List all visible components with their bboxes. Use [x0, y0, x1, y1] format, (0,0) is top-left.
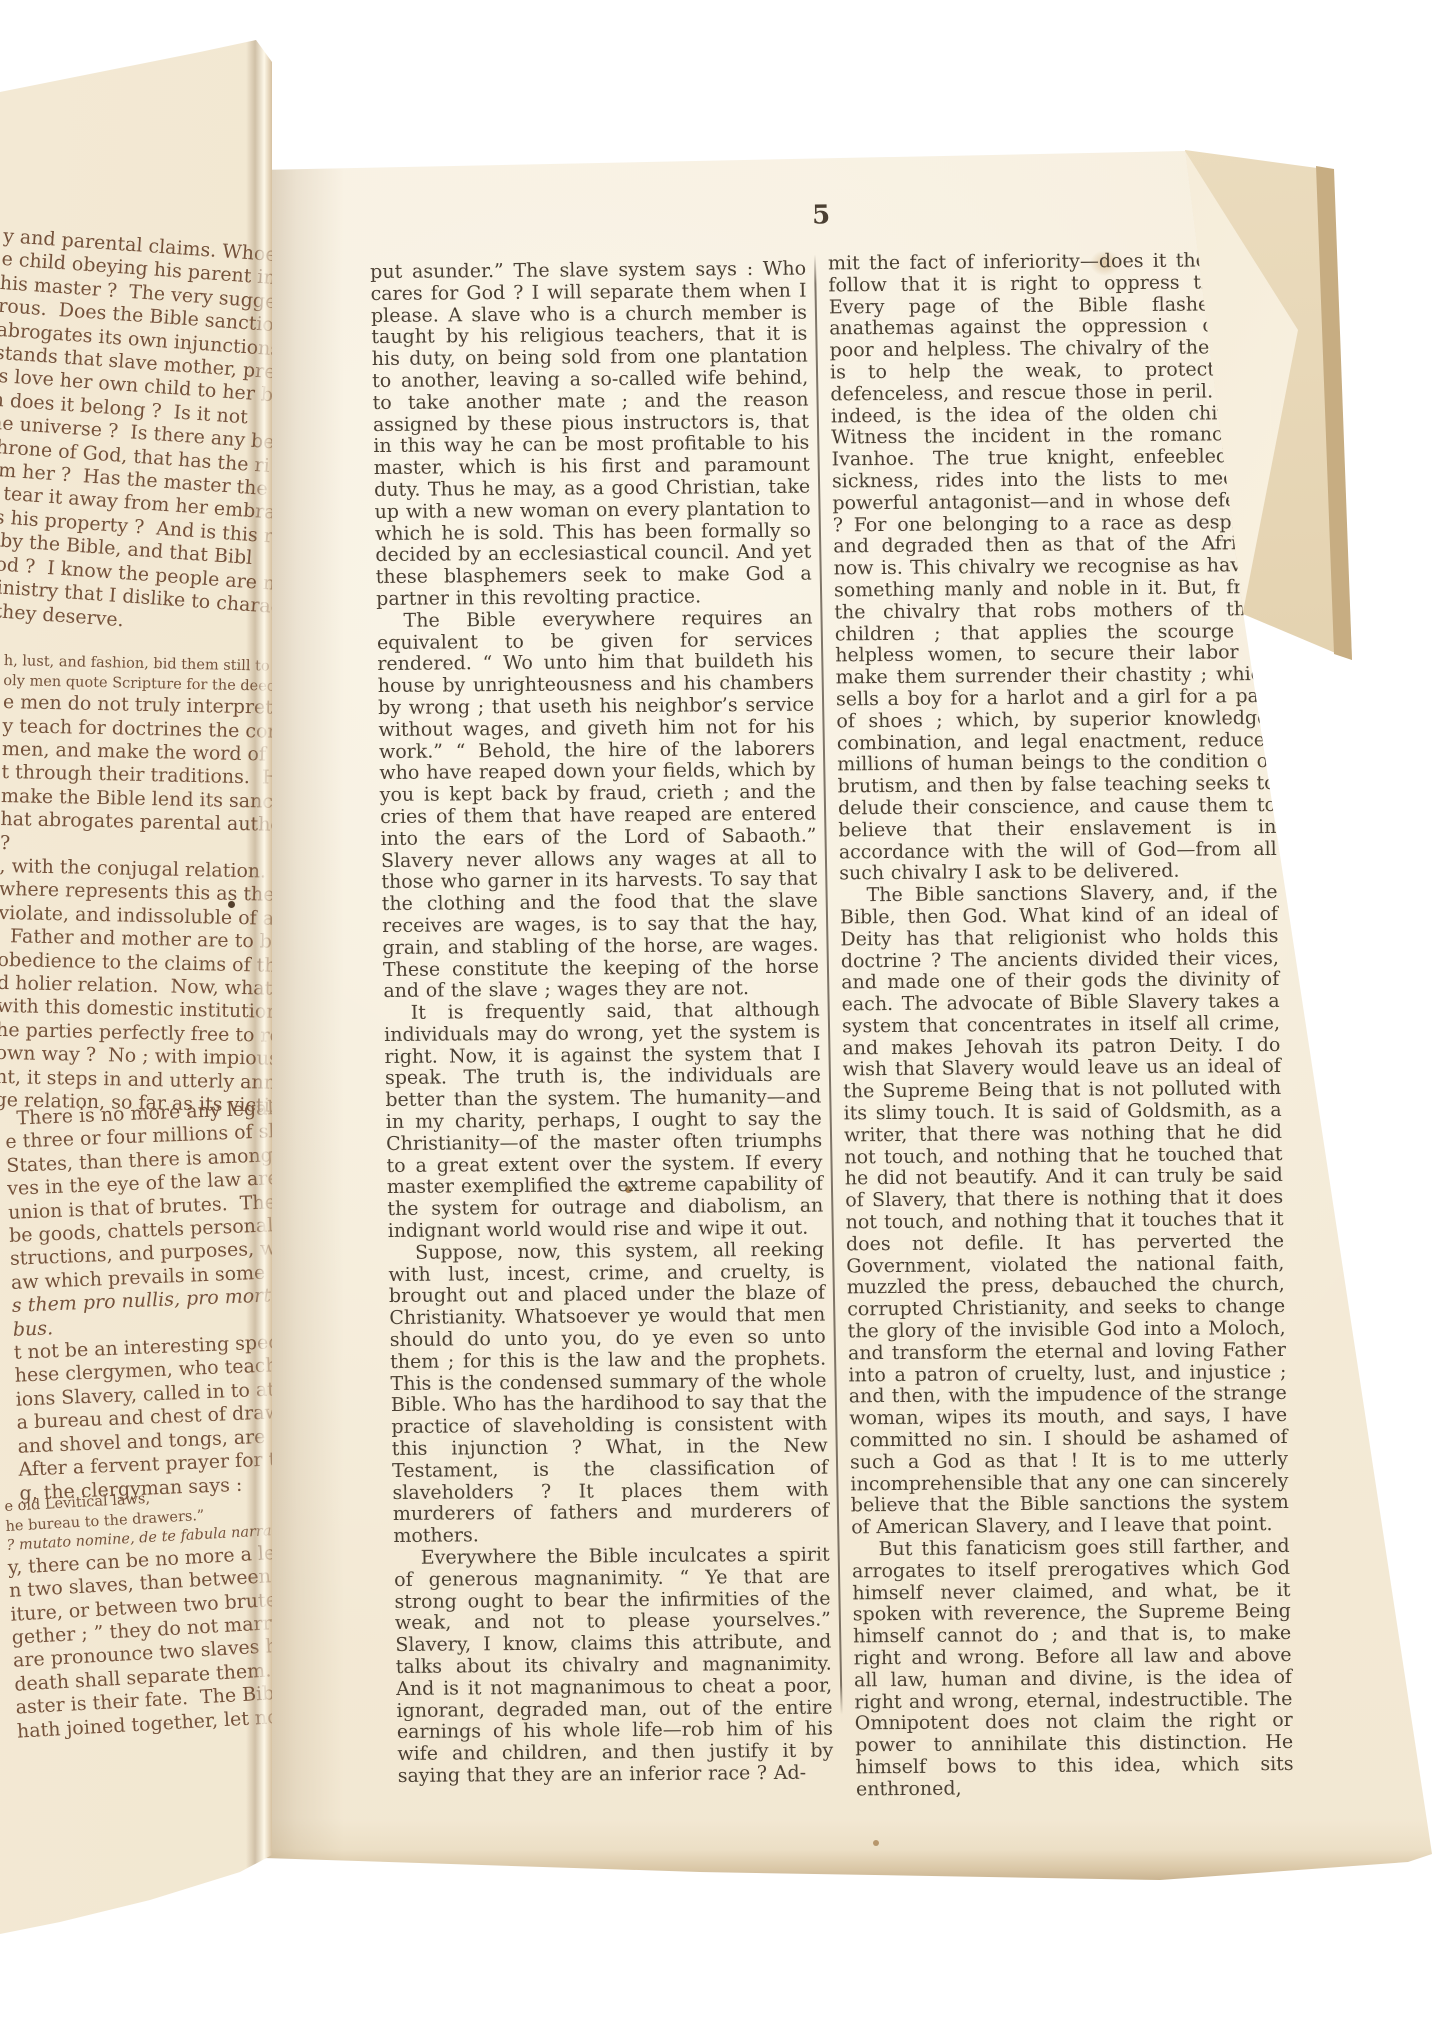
foxing-stain	[343, 108, 363, 124]
page-edge-highlight	[246, 30, 272, 1870]
foxing-stain	[587, 70, 631, 104]
ink-speck	[228, 901, 235, 908]
right-column: mit the fact of inferiority—does it ther…	[828, 250, 1294, 1801]
paragraph: put asunder.” The slave system says : Wh…	[370, 259, 812, 611]
paragraph: But this fanaticism goes still farther, …	[851, 1536, 1294, 1801]
paragraph: Everywhere the Bible inculcates a spirit…	[394, 1545, 834, 1788]
paragraph: Suppose, now, this system, all reeking w…	[388, 1239, 830, 1548]
page-number: 5	[799, 200, 844, 230]
paragraph: The Bible sanctions Slavery, and, if the…	[839, 882, 1289, 1539]
paragraph: It is frequently said, that although ind…	[384, 1000, 824, 1243]
paragraph: The Bible everywhere requires an equival…	[376, 607, 819, 1003]
left-column: put asunder.” The slave system says : Wh…	[370, 259, 834, 1788]
